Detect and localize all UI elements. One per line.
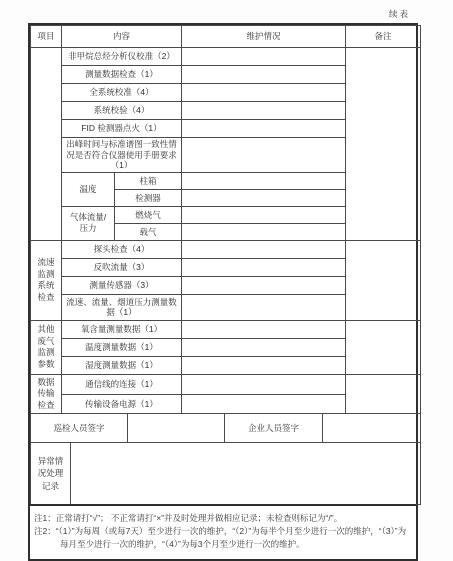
content-cell: 非甲烷总烃分析仪校准（2） bbox=[62, 48, 182, 66]
status-blank-cell bbox=[182, 120, 346, 138]
footnotes: 注1：正常请打“√”； 不正常请打“×”并及时处理并做相应记录；未检查则标记为“… bbox=[30, 504, 416, 558]
status-blank-cell bbox=[182, 206, 346, 223]
section4-remark-cell bbox=[346, 374, 421, 413]
table-row: 非甲烷总烃分析仪校准（2） bbox=[31, 48, 421, 66]
signature-row: 巡检人员签字 企业人员签字 bbox=[31, 414, 421, 443]
header-content: 内容 bbox=[62, 26, 182, 48]
table-header-row: 项目 内容 维护情况 备注 bbox=[31, 26, 421, 48]
content-cell: 检测器 bbox=[115, 189, 182, 206]
content-cell: 出峰时间与标准谱图一致性情况是否符合仪器使用手册要求（1） bbox=[62, 138, 182, 173]
table-row: 流速监测系统检查 探头检查（4） bbox=[31, 240, 421, 258]
abnormal-record-row: 异常情况处理记录 bbox=[31, 443, 421, 505]
status-blank-cell bbox=[182, 258, 346, 276]
status-blank-cell bbox=[182, 294, 346, 320]
status-blank-cell bbox=[182, 374, 346, 394]
content-cell: 探头检查（4） bbox=[62, 240, 182, 258]
status-blank-cell bbox=[182, 356, 346, 374]
maintenance-table: 项目 内容 维护情况 备注 非甲烷总烃分析仪校准（2） 测量数据检查（1） 全系… bbox=[30, 25, 421, 414]
content-cell: 反吹流量（3） bbox=[62, 258, 182, 276]
section2-remark-cell bbox=[346, 240, 421, 320]
abnormal-record-blank bbox=[71, 443, 421, 505]
content-cell: 全系统校准（4） bbox=[62, 84, 182, 102]
company-signature-blank bbox=[323, 414, 421, 443]
content-cell: 燃烧气 bbox=[115, 206, 182, 223]
continued-table-label: 续表 bbox=[28, 8, 418, 20]
status-blank-cell bbox=[182, 102, 346, 120]
status-blank-cell bbox=[182, 276, 346, 294]
header-item: 项目 bbox=[31, 26, 62, 48]
content-cell: 柱箱 bbox=[115, 172, 182, 189]
status-blank-cell bbox=[182, 172, 346, 189]
section4-item-label: 数据传输检查 bbox=[31, 374, 62, 413]
header-status: 维护情况 bbox=[182, 26, 346, 48]
subgroup-gasflow-label: 气体流量/压力 bbox=[62, 206, 115, 240]
inspector-signature-blank bbox=[128, 414, 225, 443]
signature-table: 巡检人员签字 企业人员签字 bbox=[30, 413, 421, 443]
section3-item-label: 其他废气监测参数 bbox=[31, 320, 62, 374]
content-cell: 测量传感器（3） bbox=[62, 276, 182, 294]
content-cell: 测量数据检查（1） bbox=[62, 66, 182, 84]
abnormal-record-label: 异常情况处理记录 bbox=[31, 443, 71, 505]
status-blank-cell bbox=[182, 394, 346, 414]
status-blank-cell bbox=[182, 138, 346, 173]
content-cell: 流速、流量、烟道压力测量数据（1） bbox=[62, 294, 182, 320]
content-cell: 温度测量数据（1） bbox=[62, 338, 182, 356]
header-remark: 备注 bbox=[346, 26, 421, 48]
status-blank-cell bbox=[182, 66, 346, 84]
content-cell: 传输设备电源（1） bbox=[62, 394, 182, 414]
abnormal-record-table: 异常情况处理记录 bbox=[30, 442, 421, 505]
status-blank-cell bbox=[182, 189, 346, 206]
table-row: 其他废气监测参数 氧含量测量数据（1） bbox=[31, 320, 421, 338]
section2-item-label: 流速监测系统检查 bbox=[31, 240, 62, 320]
status-blank-cell bbox=[182, 223, 346, 240]
status-blank-cell bbox=[182, 338, 346, 356]
table-row: 数据传输检查 通信线的连接（1） bbox=[31, 374, 421, 394]
content-cell: 载气 bbox=[115, 223, 182, 240]
subgroup-temperature-label: 温度 bbox=[62, 172, 115, 206]
section1-remark-cell bbox=[346, 48, 421, 241]
content-cell: 通信线的连接（1） bbox=[62, 374, 182, 394]
status-blank-cell bbox=[182, 240, 346, 258]
status-blank-cell bbox=[182, 84, 346, 102]
status-blank-cell bbox=[182, 48, 346, 66]
content-cell: 湿度测量数据（1） bbox=[62, 356, 182, 374]
form-sheet: 项目 内容 维护情况 备注 非甲烷总烃分析仪校准（2） 测量数据检查（1） 全系… bbox=[28, 23, 418, 561]
status-blank-cell bbox=[182, 320, 346, 338]
inspector-signature-label: 巡检人员签字 bbox=[31, 414, 128, 443]
section3-remark-cell bbox=[346, 320, 421, 374]
footnote-1: 注1：正常请打“√”； 不正常请打“×”并及时处理并做相应记录；未检查则标记为“… bbox=[34, 512, 411, 525]
footnote-2: 注2：“（1）”为每周（或每7天）至少进行一次的维护，“（2）”为每半个月至少进… bbox=[34, 525, 411, 551]
content-cell: FID 检测器点火（1） bbox=[62, 120, 182, 138]
content-cell: 氧含量测量数据（1） bbox=[62, 320, 182, 338]
content-cell: 系统校验（4） bbox=[62, 102, 182, 120]
company-signature-label: 企业人员签字 bbox=[225, 414, 323, 443]
section1-item-cell-empty bbox=[31, 48, 62, 241]
